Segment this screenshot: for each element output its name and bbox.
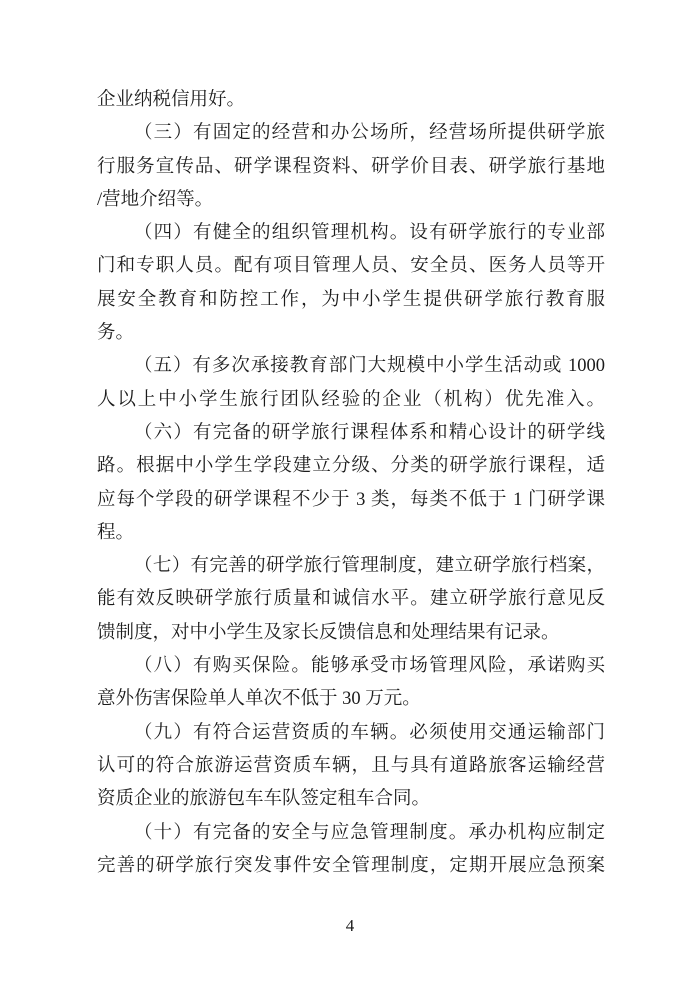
document-line: 行服务宣传品、研学课程资料、研学价目表、研学旅行基地 xyxy=(97,151,605,184)
document-line: （七）有完善的研学旅行管理制度，建立研学旅行档案， xyxy=(97,550,605,583)
document-line: 意外伤害保险单人单次不低于 30 万元。 xyxy=(97,683,605,716)
page-number: 4 xyxy=(0,914,700,938)
document-line: 企业纳税信用好。 xyxy=(97,84,605,117)
document-line: （五）有多次承接教育部门大规模中小学生活动或 1000 xyxy=(97,350,605,383)
document-line: 完善的研学旅行突发事件安全管理制度，定期开展应急预案 xyxy=(97,850,605,883)
document-line: 能有效反映研学旅行质量和诚信水平。建立研学旅行意见反 xyxy=(97,583,605,616)
document-line: 务。 xyxy=(97,317,605,350)
document-line: 认可的符合旅游运营资质车辆，且与具有道路旅客运输经营 xyxy=(97,750,605,783)
document-line: 人以上中小学生旅行团队经验的企业（机构）优先准入。 xyxy=(97,384,605,417)
document-line: 展安全教育和防控工作，为中小学生提供研学旅行教育服 xyxy=(97,284,605,317)
document-line: （十）有完备的安全与应急管理制度。承办机构应制定 xyxy=(97,817,605,850)
document-line: 门和专职人员。配有项目管理人员、安全员、医务人员等开 xyxy=(97,250,605,283)
document-line: 程。 xyxy=(97,517,605,550)
document-line: 应每个学段的研学课程不少于 3 类，每类不低于 1 门研学课 xyxy=(97,484,605,517)
document-line: /营地介绍等。 xyxy=(97,184,605,217)
document-line: 资质企业的旅游包车车队签定租车合同。 xyxy=(97,783,605,816)
document-line: （三）有固定的经营和办公场所，经营场所提供研学旅 xyxy=(97,117,605,150)
document-page: 企业纳税信用好。 （三）有固定的经营和办公场所，经营场所提供研学旅 行服务宣传品… xyxy=(0,0,700,990)
document-line: 路。根据中小学生学段建立分级、分类的研学旅行课程，适 xyxy=(97,450,605,483)
document-line: （四）有健全的组织管理机构。设有研学旅行的专业部 xyxy=(97,217,605,250)
document-line: （八）有购买保险。能够承受市场管理风险，承诺购买 xyxy=(97,650,605,683)
document-line: （六）有完备的研学旅行课程体系和精心设计的研学线 xyxy=(97,417,605,450)
document-line: （九）有符合运营资质的车辆。必须使用交通运输部门 xyxy=(97,717,605,750)
document-line: 馈制度，对中小学生及家长反馈信息和处理结果有记录。 xyxy=(97,617,605,650)
document-body: 企业纳税信用好。 （三）有固定的经营和办公场所，经营场所提供研学旅 行服务宣传品… xyxy=(97,84,605,883)
